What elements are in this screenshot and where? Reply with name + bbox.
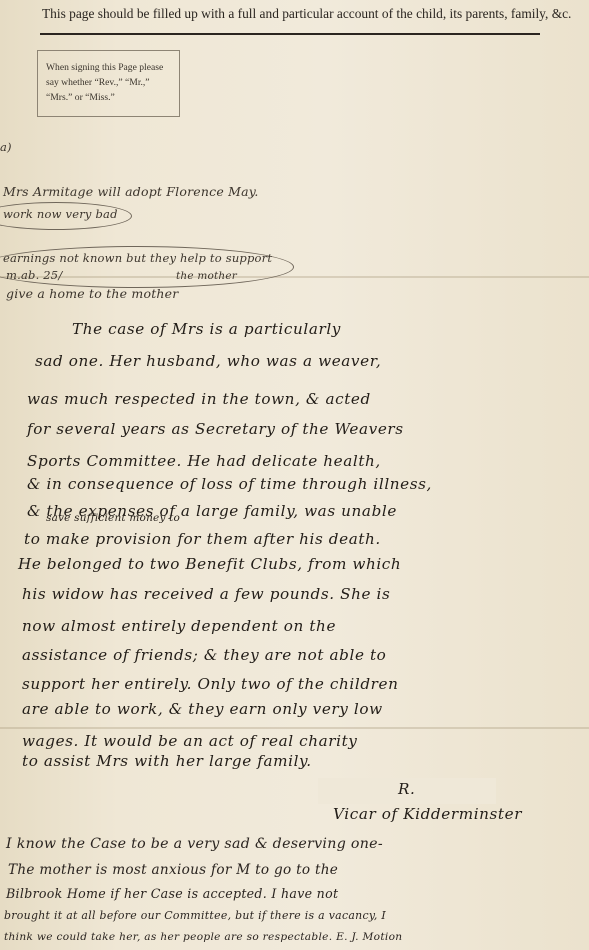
document-page: This page should be filled up with a ful… (0, 0, 589, 950)
letter-line: support her entirely. Only two of the ch… (22, 675, 398, 693)
margin-note-work: work now very bad (3, 207, 118, 221)
letter-line: to assist Mrs with her large family. (22, 752, 312, 770)
margin-note-paren: a) (0, 140, 12, 154)
signature-initial: R. (398, 780, 415, 798)
letter-line: He belonged to two Benefit Clubs, from w… (18, 555, 401, 573)
letter-line: assistance of friends; & they are not ab… (22, 646, 386, 664)
signing-line: say whether “Rev.,” “Mr.,” (46, 75, 173, 90)
letter-line: wages. It would be an act of real charit… (22, 732, 358, 750)
second-note-line: The mother is most anxious for M to go t… (8, 862, 338, 878)
letter-line: Sports Committee. He had delicate health… (27, 452, 381, 470)
signature-title: Vicar of Kidderminster (333, 805, 522, 823)
letter-line: to make provision for them after his dea… (24, 530, 381, 548)
margin-note-adopt: Mrs Armitage will adopt Florence May. (3, 184, 259, 199)
letter-insertion: save sufficient money to (46, 512, 180, 524)
letter-line: sad one. Her husband, who was a weaver, (35, 352, 381, 370)
signing-instructions-box: When signing this Page please say whethe… (37, 50, 180, 117)
letter-line: was much respected in the town, & acted (27, 390, 371, 408)
letter-line: & in consequence of loss of time through… (27, 475, 432, 493)
letter-line: The case of Mrs is a particularly (72, 320, 341, 338)
margin-note-home: give a home to the mother (6, 286, 178, 301)
second-note-line: brought it at all before our Committee, … (4, 909, 386, 922)
margin-note-wage: m.ab. 25/ (6, 268, 62, 282)
header-rule (40, 33, 540, 35)
paper-fold (0, 727, 589, 729)
printed-header: This page should be filled up with a ful… (42, 6, 542, 22)
second-note-line: I know the Case to be a very sad & deser… (6, 836, 383, 852)
margin-note-insert: the mother (176, 270, 237, 282)
letter-line: are able to work, & they earn only very … (22, 700, 383, 718)
second-note-line: Bilbrook Home if her Case is accepted. I… (6, 886, 338, 901)
second-note-line: think we could take her, as her people a… (4, 931, 402, 943)
letter-line: now almost entirely dependent on the (22, 617, 336, 635)
margin-note-earnings: earnings not known but they help to supp… (3, 251, 272, 265)
signing-line: When signing this Page please (46, 60, 173, 75)
signing-line: “Mrs.” or “Miss.” (46, 90, 173, 105)
letter-line: for several years as Secretary of the We… (27, 420, 404, 438)
letter-line: his widow has received a few pounds. She… (22, 585, 390, 603)
